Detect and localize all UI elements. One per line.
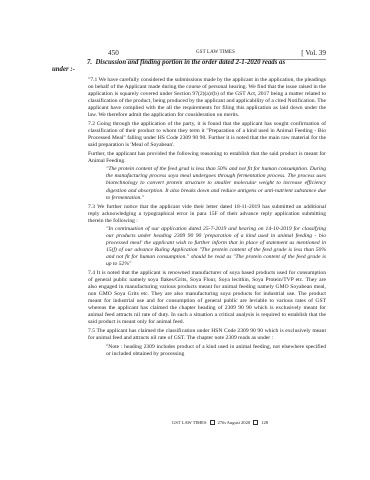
paragraph-7-4: 7.4 It is noted that the applicant is re… [88,270,326,326]
page-footer: GST LAW TIMES27th August 2020128 [150,420,290,425]
paragraph-further: Further, the applicant has provided the … [88,151,326,165]
section-heading-cont: under :- [68,66,326,74]
quote-protein: "The protein content of the feed grad is… [106,166,326,201]
document-page: 450 GST LAW TIMES [ Vol. 39 7. Discussio… [0,0,370,480]
footer-journal: GST LAW TIMES [172,420,207,425]
journal-title: GST LAW TIMES [196,50,235,55]
document-body: 7. Discussion and finding portion in the… [70,59,326,358]
footer-page: 128 [261,420,268,425]
paragraph-7-2: 7.2 Going through the application of the… [88,121,326,149]
volume-label: [ Vol. 39 [301,49,326,57]
quote-continuation: "In continuation of our application date… [106,226,326,268]
square-bullet-icon [210,420,215,425]
paragraph-7-3: 7.3 We further notice that the applicant… [88,204,326,225]
quote-note: "Note : heading 2309 includes product of… [106,344,326,358]
square-bullet-icon [253,420,258,425]
running-header: 450 GST LAW TIMES [ Vol. 39 [108,49,326,59]
paragraph-7-1: "7.1 We have carefully considered the su… [88,77,326,119]
footer-date: 27th August 2020 [218,420,251,425]
paragraph-7-5: 7.5 The applicant has claimed the classi… [88,328,326,342]
page-number: 450 [108,49,119,57]
